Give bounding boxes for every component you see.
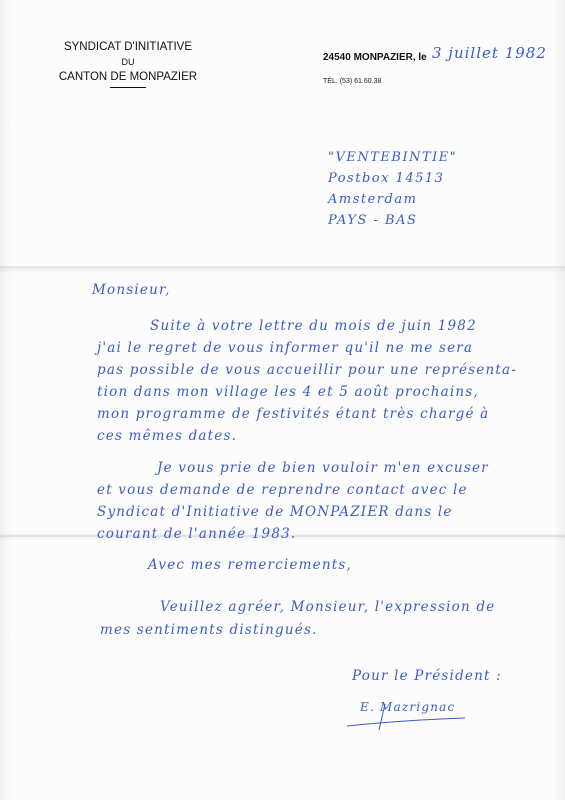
org-name-line1: SYNDICAT D'INITIATIVE xyxy=(28,40,228,55)
recipient-postbox: Postbox 14513 xyxy=(328,171,444,186)
body-line: tion dans mon village les 4 et 5 août pr… xyxy=(97,384,479,400)
signature-flourish xyxy=(345,700,495,730)
body-line: pas possible de vous accueillir pour une… xyxy=(97,362,517,378)
closing-line: mes sentiments distingués. xyxy=(100,622,318,638)
recipient-name: "VENTEBINTIE" xyxy=(328,150,457,165)
closing-line: Veuillez agréer, Monsieur, l'expression … xyxy=(160,599,495,615)
body-line: et vous demande de reprendre contact ave… xyxy=(97,482,468,498)
body-line: Suite à votre lettre du mois de juin 198… xyxy=(150,318,477,334)
body-line: Je vous prie de bien vouloir m'en excuse… xyxy=(157,460,489,476)
body-line: ces mêmes dates. xyxy=(97,428,237,444)
letterhead-rule xyxy=(110,87,146,88)
recipient-city: Amsterdam xyxy=(328,192,417,207)
org-name-line3: CANTON DE MONPAZIER xyxy=(28,70,228,85)
body-line: Syndicat d'Initiative de MONPAZIER dans … xyxy=(97,504,453,520)
org-name-line2: DU xyxy=(28,55,228,70)
letter-date: 3 juillet 1982 xyxy=(432,44,547,62)
body-line: courant de l'année 1983. xyxy=(97,526,296,542)
letterhead-place: 24540 MONPAZIER, le xyxy=(323,52,427,63)
letterhead-organization: SYNDICAT D'INITIATIVE DU CANTON DE MONPA… xyxy=(28,40,228,88)
salutation: Monsieur, xyxy=(92,282,171,298)
letterhead-telephone: TÉL. (53) 61.60.38 xyxy=(323,78,381,85)
signoff-line: Pour le Président : xyxy=(352,668,502,684)
body-line: j'ai le regret de vous informer qu'il ne… xyxy=(97,340,473,356)
recipient-country: PAYS - BAS xyxy=(328,213,417,228)
paper-fold xyxy=(0,266,565,268)
body-line: mon programme de festivités étant très c… xyxy=(97,406,489,422)
thanks-line: Avec mes remerciements, xyxy=(148,557,352,573)
